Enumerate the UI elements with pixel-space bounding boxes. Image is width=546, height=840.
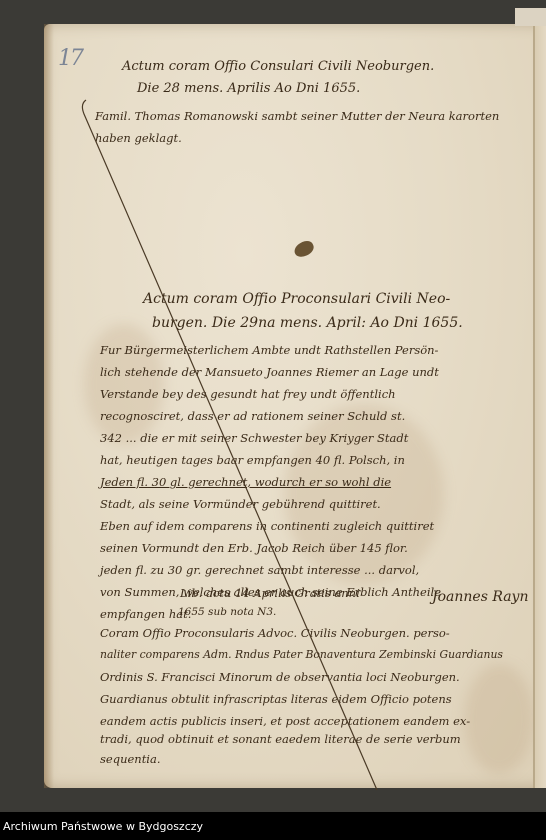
entry-3-line: eandem actis publicis inseri, et post ac… [100, 716, 470, 728]
entry-2-line: Jeden fl. 30 gl. gerechnet, wodurch er s… [100, 477, 391, 489]
document-viewer: 17 Actum coram Offio Consulari Civili Ne… [0, 0, 546, 812]
entry-2-line: seinen Vormundt den Erb. Jacob Reich übe… [100, 543, 408, 555]
archive-caption-bar: Archiwum Państwowe w Bydgoszczy [0, 812, 546, 840]
entry-2-line: 342 ... die er mit seiner Schwester bey … [100, 433, 408, 445]
entry-3-line: Coram Offio Proconsularis Advoc. Civilis… [100, 628, 450, 640]
signature: Joannes Rayn [432, 590, 528, 604]
entry-3-line: sequentia. [100, 754, 161, 766]
archive-name: Archiwum Państwowe w Bydgoszczy [3, 820, 203, 833]
registry-note-line-2: 1655 sub nota N3. [178, 607, 276, 618]
entry-3-line: naliter comparens Adm. Rndus Pater Bonav… [100, 650, 503, 661]
entry-3-line: Guardianus obtulit infrascriptas literas… [100, 694, 452, 706]
entry-3-line: Ordinis S. Francisci Minorum de observan… [100, 672, 460, 684]
entry-2-line: Verstande bey des gesundt hat frey undt … [100, 389, 396, 401]
entry-2-line: Fur Bürgermeisterlichem Ambte undt Raths… [100, 345, 438, 357]
entry-1-body-line-1: Famil. Thomas Romanowski sambt seiner Mu… [95, 111, 499, 123]
next-page-corner [515, 8, 546, 26]
entry-1-heading-line-2: Die 28 mens. Aprilis Ao Dni 1655. [137, 82, 360, 95]
entry-2-line: lich stehende der Mansueto Joannes Rieme… [100, 367, 439, 379]
entry-2-heading-line-2: burgen. Die 29na mens. April: Ao Dni 165… [152, 316, 463, 330]
folio-number: 17 [58, 46, 82, 71]
paper-stain [84, 324, 164, 444]
registry-note-line-1: Lib. actu 14 Aprilis Gratis anni [180, 588, 360, 600]
entry-2-line: jeden fl. zu 30 gr. gerechnet sambt inte… [100, 565, 419, 577]
entry-3-line: tradi, quod obtinuit et sonant eaedem li… [100, 734, 461, 746]
entry-2-line: Eben auf idem comparens in continenti zu… [100, 521, 434, 533]
entry-1-heading-line-1: Actum coram Offio Consulari Civili Neobu… [122, 60, 434, 73]
entry-2-line: hat, heutigen tages baar empfangen 40 fl… [100, 455, 405, 467]
entry-2-line: Stadt, als seine Vormünder gebührend qui… [100, 499, 381, 511]
paper-stain [464, 664, 534, 774]
page-edge-strip [535, 24, 546, 788]
entry-2-heading-line-1: Actum coram Offio Proconsulari Civili Ne… [143, 292, 450, 306]
entry-1-body-line-2: haben geklagt. [95, 133, 182, 145]
entry-2-line: recognosciret, dass er ad rationem seine… [100, 411, 405, 423]
